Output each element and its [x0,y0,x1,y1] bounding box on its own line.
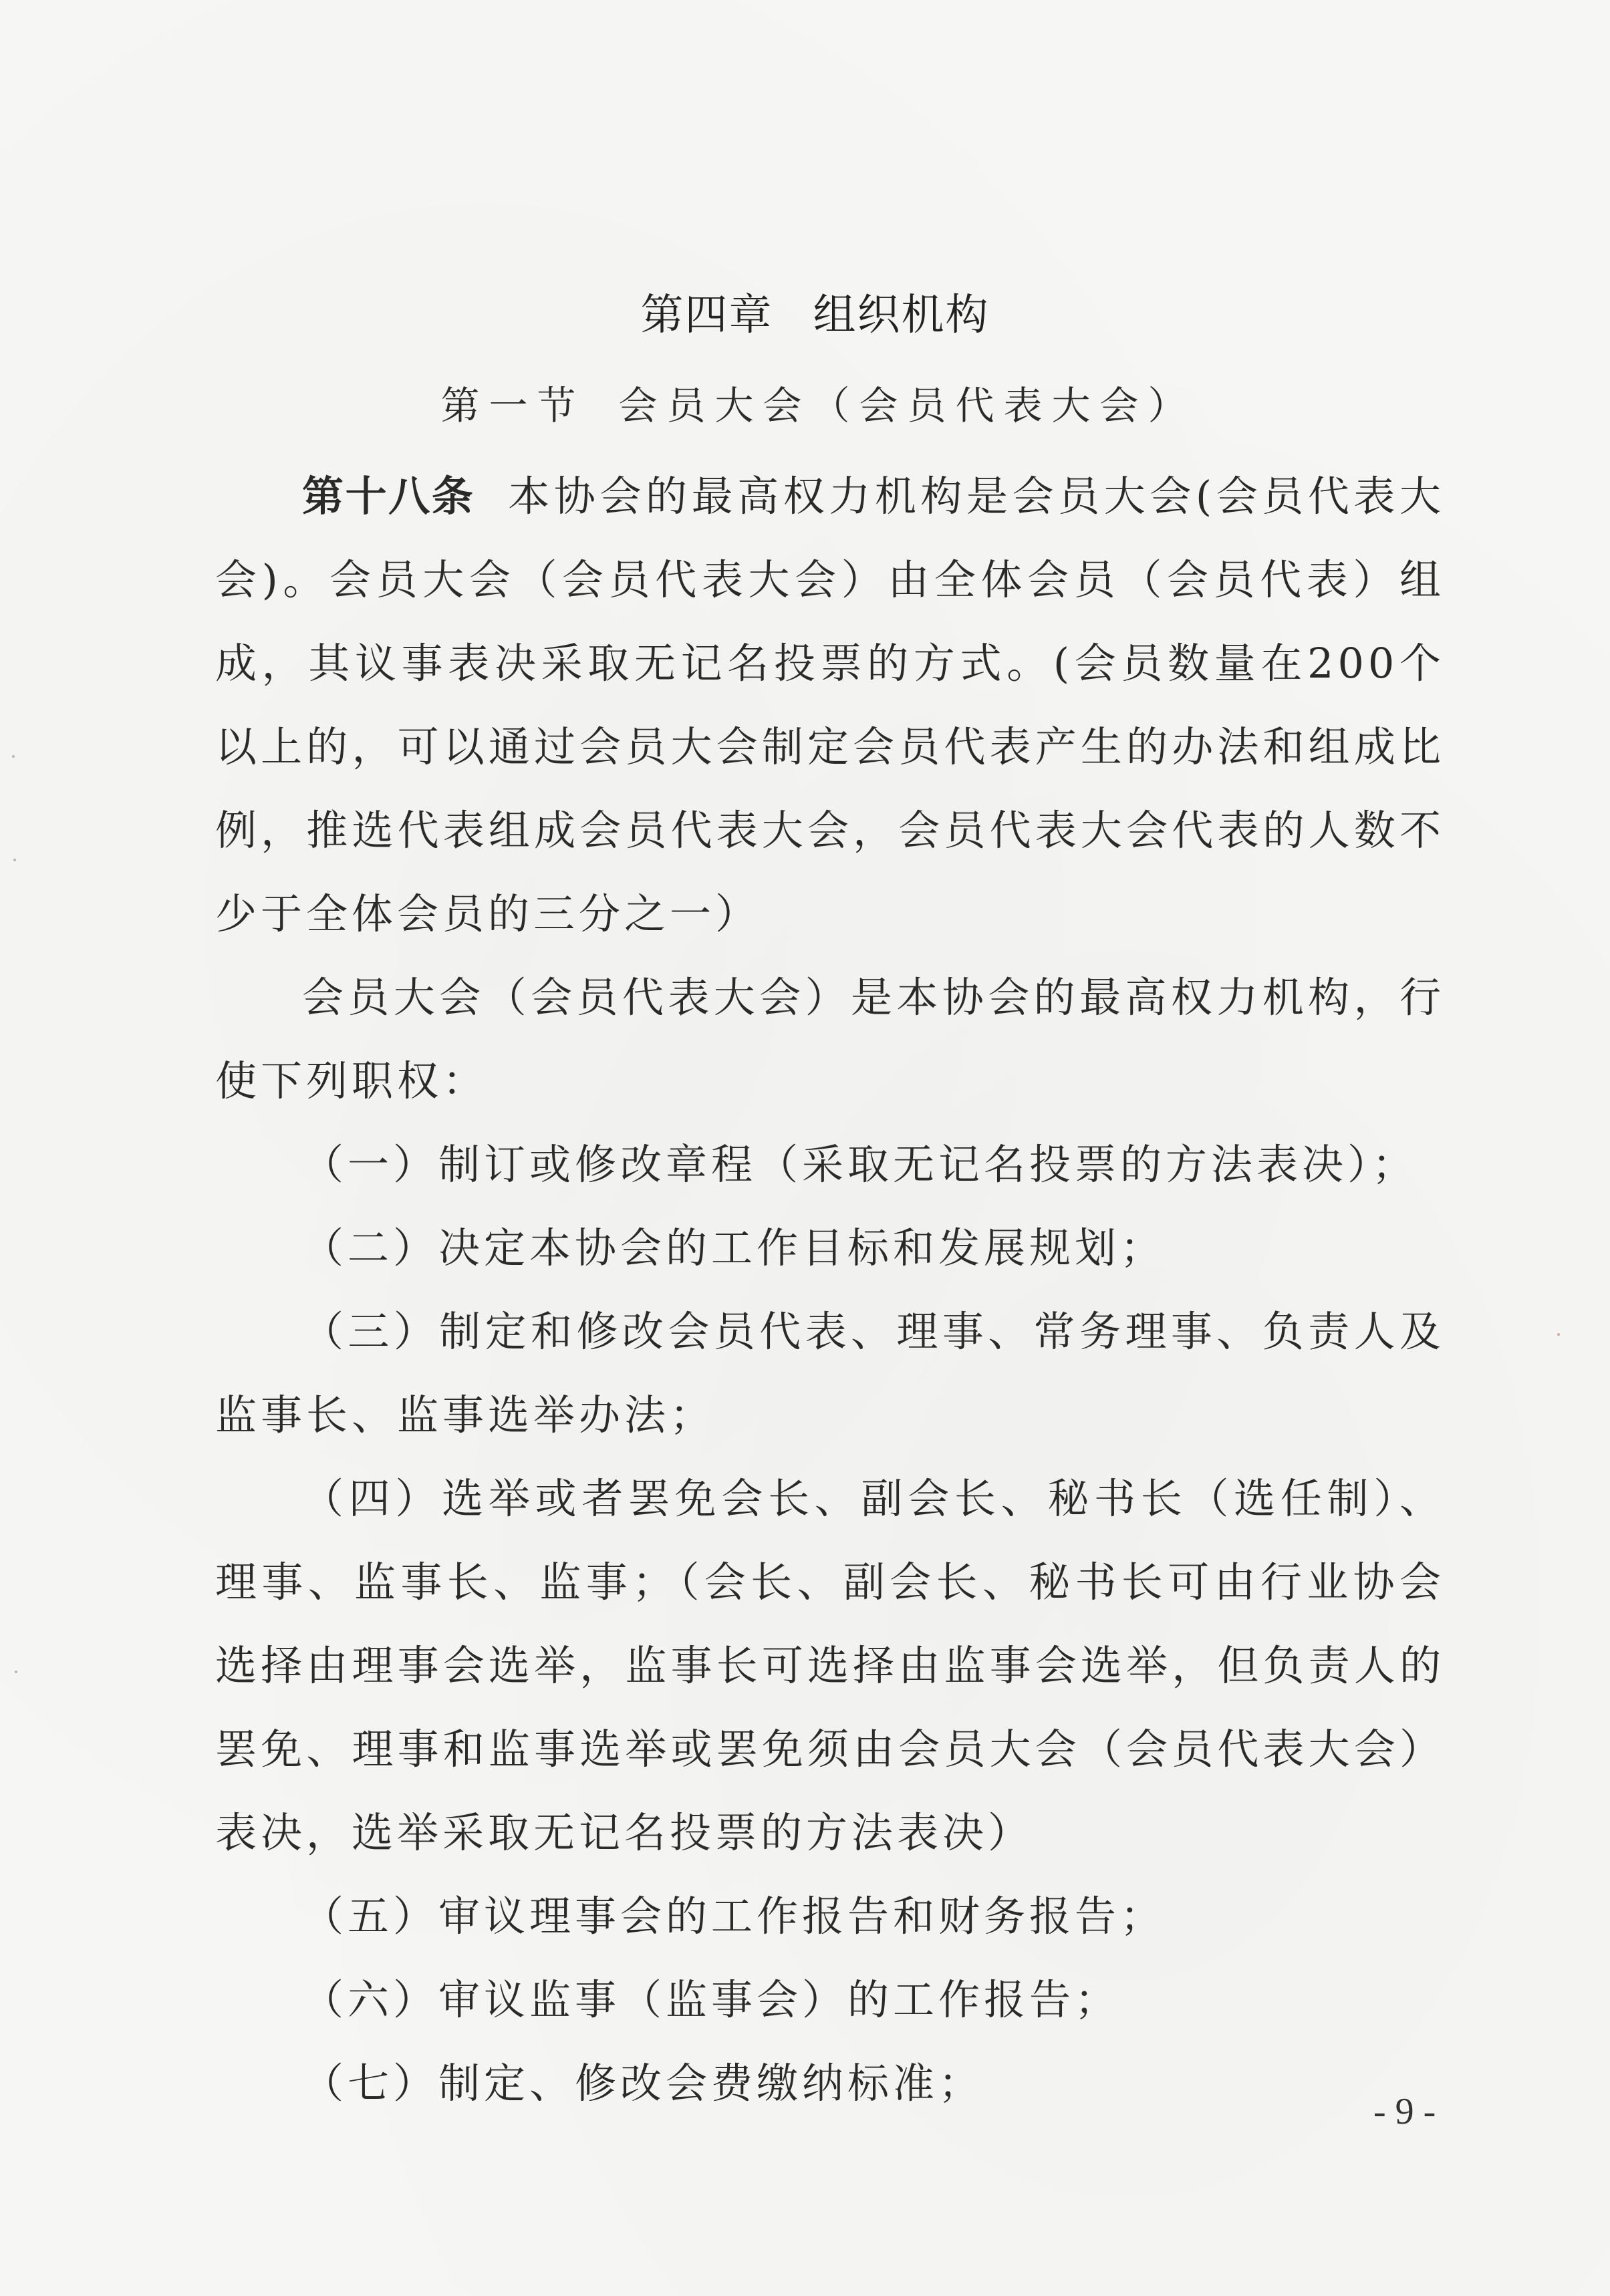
page-number: - 9 - [1373,2090,1436,2133]
chapter-name: 组织机构 [813,291,990,340]
chapter-number: 第四章 [641,291,773,340]
power-item-1: （一）制订或修改章程（采取无记名投票的方法表决）； [215,1123,1445,1206]
scan-speck [15,1671,17,1673]
article-text: 本协会的最高权力机构是会员大会(会员代表大会)。会员大会（会员代表大会）由全体会… [215,472,1445,938]
body-text: 第十八条本协会的最高权力机构是会员大会(会员代表大会)。会员大会（会员代表大会）… [215,454,1445,2125]
article-label: 第十八条 [302,472,475,521]
power-item-4: （四）选举或者罢免会长、副会长、秘书长（选任制）、理事、监事长、监事；（会长、副… [215,1457,1445,1874]
power-item-2: （二）决定本协会的工作目标和发展规划； [215,1206,1445,1290]
scan-speck [12,755,15,758]
article-paragraph: 第十八条本协会的最高权力机构是会员大会(会员代表大会)。会员大会（会员代表大会）… [215,454,1445,956]
scan-speck [1557,1333,1560,1336]
power-item-3: （三）制定和修改会员代表、理事、常务理事、负责人及监事长、监事选举办法； [215,1290,1445,1457]
section-number: 第一节 [440,383,585,428]
section-title: 第一节会员大会（会员代表大会） [0,374,1610,430]
section-name: 会员大会（会员代表大会） [619,383,1196,428]
powers-intro: 会员大会（会员代表大会）是本协会的最高权力机构，行使下列职权： [215,956,1445,1123]
power-item-5: （五）审议理事会的工作报告和财务报告； [215,1874,1445,1958]
chapter-title: 第四章组织机构 [0,281,1610,342]
power-item-7: （七）制定、修改会费缴纳标准； [215,2041,1445,2125]
power-item-6: （六）审议监事（监事会）的工作报告； [215,1958,1445,2041]
document-page: 第四章组织机构 第一节会员大会（会员代表大会） 第十八条本协会的最高权力机构是会… [0,0,1610,2296]
scan-speck [13,859,16,861]
